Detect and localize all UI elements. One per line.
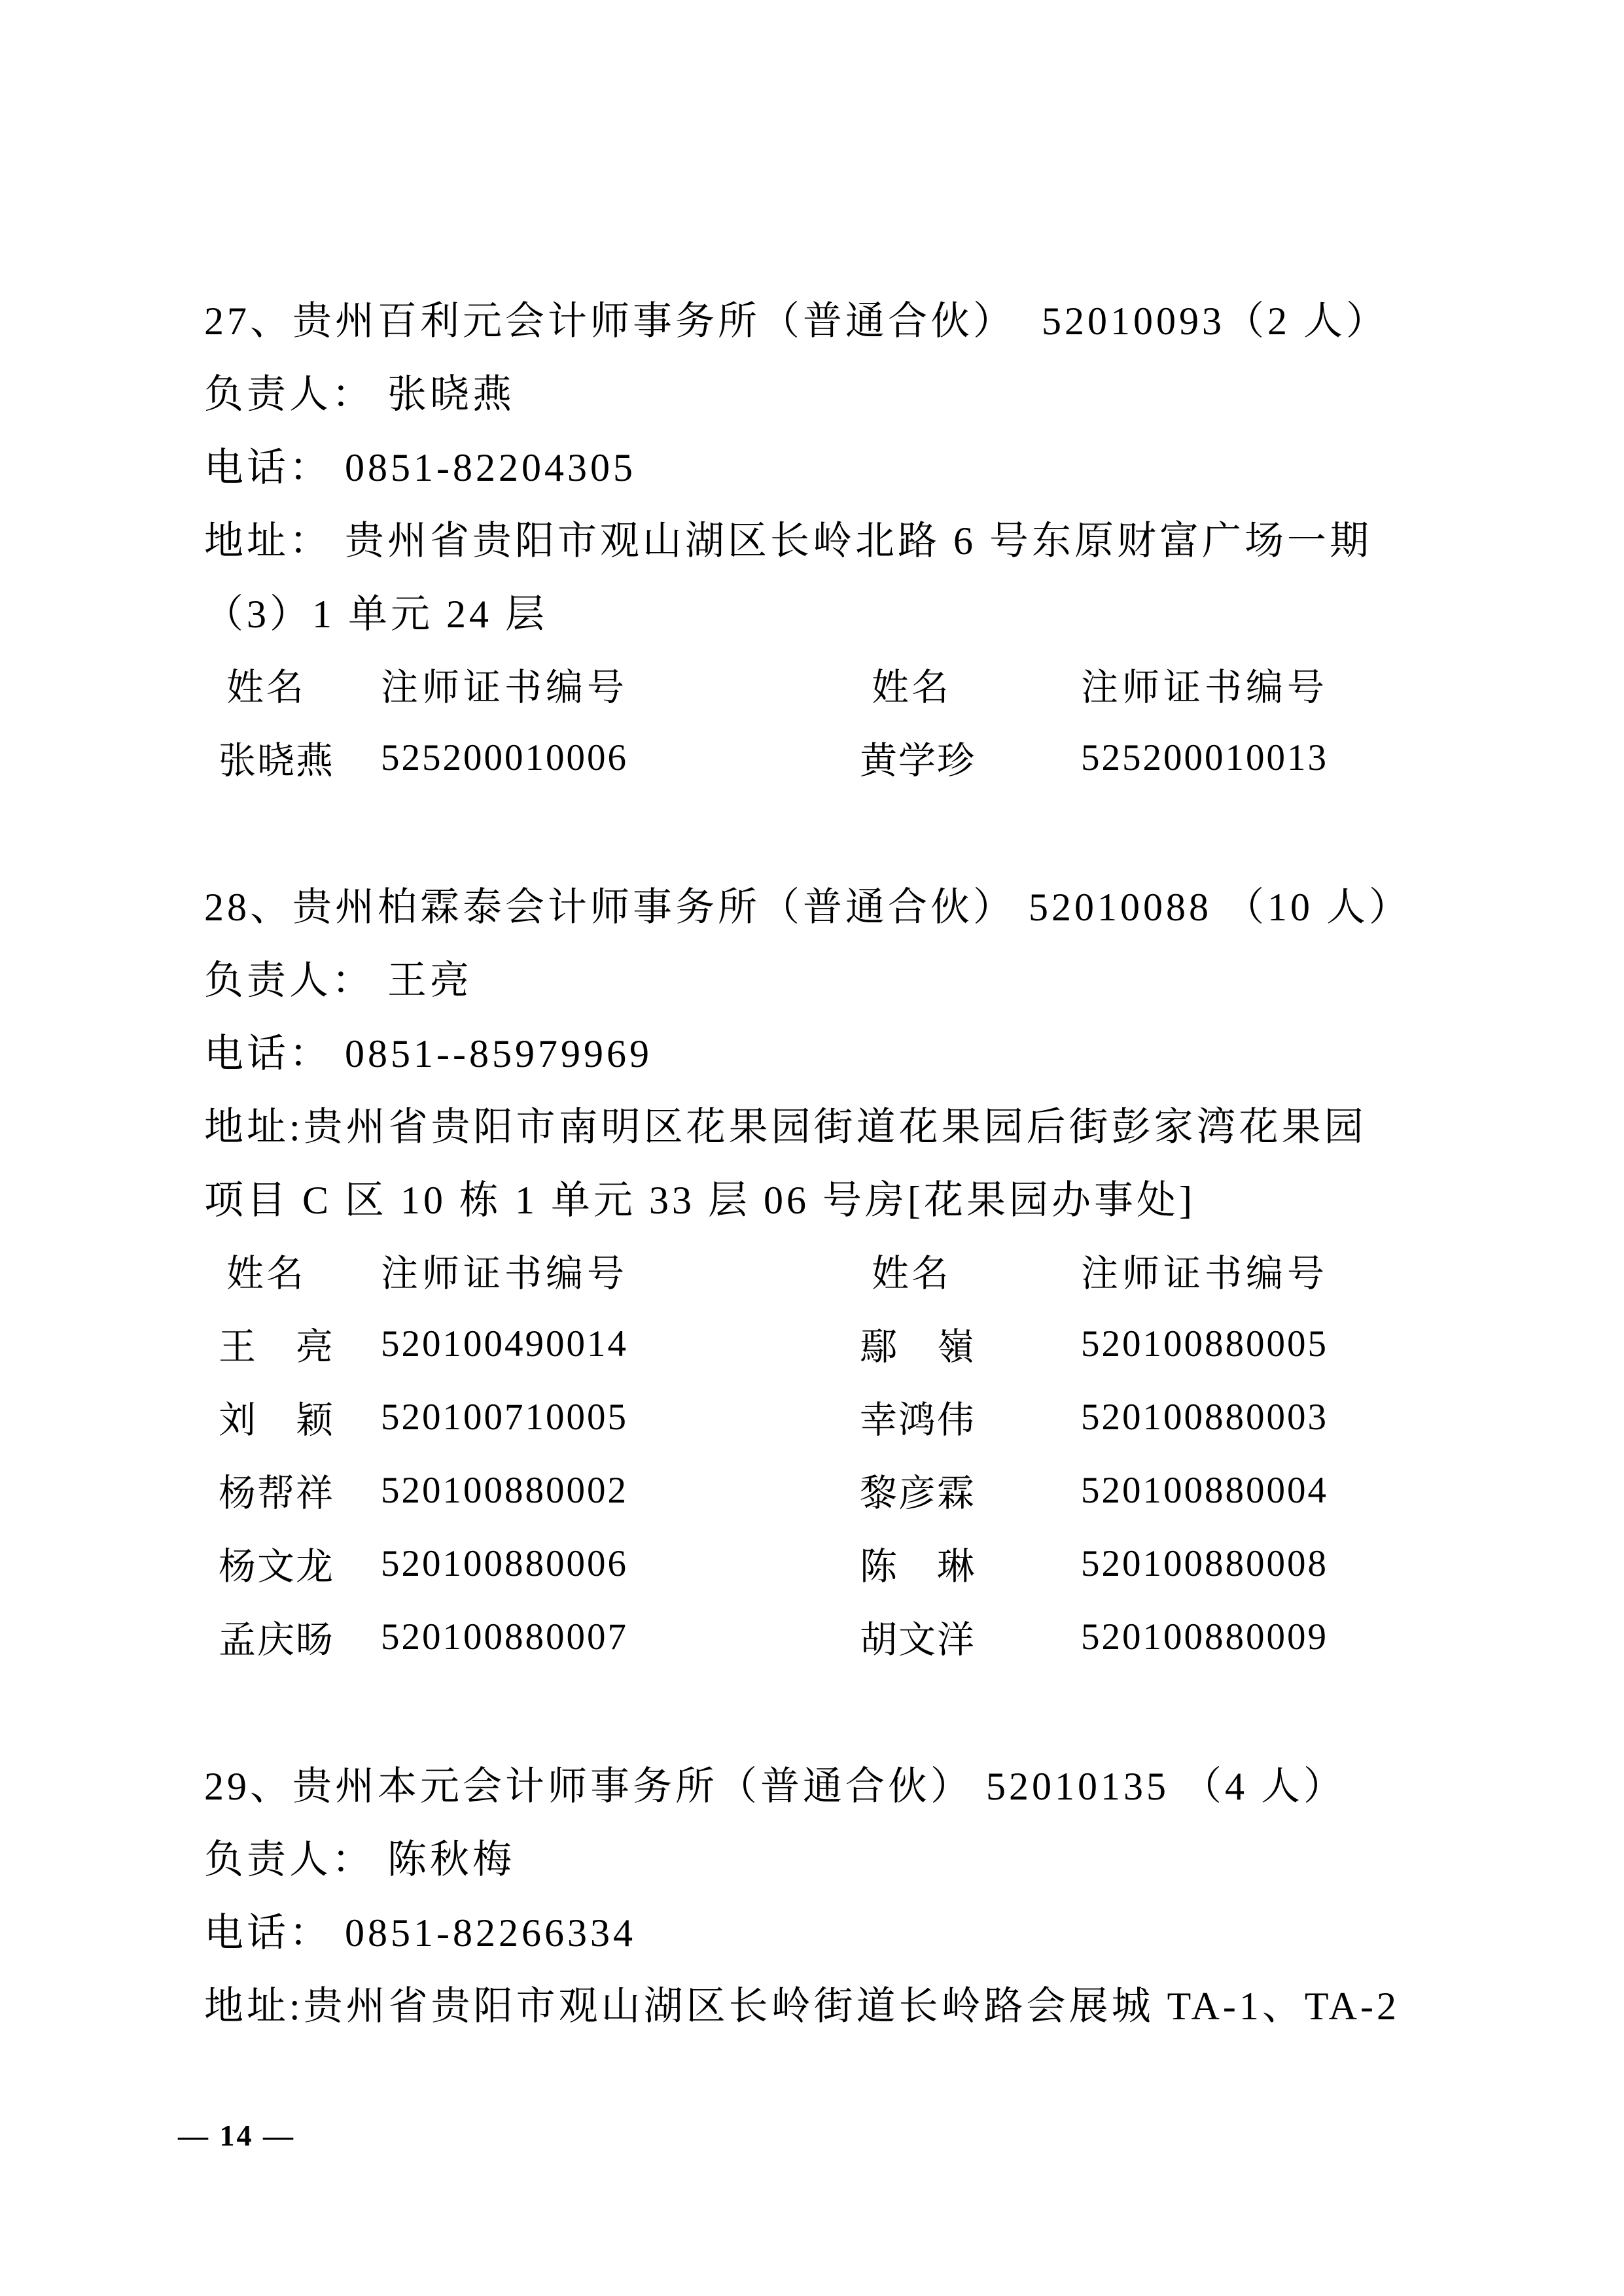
firm-28-roster-header: 姓名 注师证书编号 姓名 注师证书编号 <box>204 1234 1434 1307</box>
member-cert-no: 520100880003 <box>1081 1396 1434 1438</box>
document-page: 27、贵州百利元会计师事务所（普通合伙） 52010093（2 人） 负责人： … <box>0 0 1624 2296</box>
col-header-cert-left: 注师证书编号 <box>381 1244 858 1297</box>
member-cert-no: 520100880008 <box>1081 1542 1434 1585</box>
member-name: 刘 颖 <box>204 1390 381 1444</box>
col-header-name-right: 姓名 <box>858 657 1081 711</box>
member-cert-no: 520100880006 <box>381 1542 858 1585</box>
firm-27-phone: 电话： 0851-82204305 <box>204 428 1434 501</box>
member-cert-no: 520100880007 <box>381 1616 858 1658</box>
page-content: 27、贵州百利元会计师事务所（普通合伙） 52010093（2 人） 负责人： … <box>204 281 1434 2040</box>
member-name: 杨帮祥 <box>204 1463 381 1517</box>
firm-27-leader: 负责人： 张晓燕 <box>204 355 1434 428</box>
member-cert-no: 520100880004 <box>1081 1469 1434 1512</box>
firm-28-heading: 28、贵州柏霖泰会计师事务所（普通合伙） 52010088 （10 人） <box>204 867 1434 941</box>
firm-28-roster-row: 刘 颖 520100710005 幸鸿伟 520100880003 <box>204 1380 1434 1453</box>
member-name: 鄢 嶺 <box>858 1317 1081 1370</box>
section-gap <box>204 794 1434 867</box>
member-name: 胡文洋 <box>858 1610 1081 1663</box>
firm-28-roster-row: 杨文龙 520100880006 陈 琳 520100880008 <box>204 1527 1434 1600</box>
col-header-cert-left: 注师证书编号 <box>381 657 858 711</box>
member-name: 张晓燕 <box>204 731 381 784</box>
col-header-name-right: 姓名 <box>858 1244 1081 1297</box>
firm-29-address-line-1: 地址:贵州省贵阳市观山湖区长岭街道长岭路会展城 TA-1、TA-2 <box>204 1966 1434 2040</box>
member-name: 王 亮 <box>204 1317 381 1370</box>
member-cert-no: 520100880005 <box>1081 1323 1434 1365</box>
member-name: 黎彦霖 <box>858 1463 1081 1517</box>
firm-29-heading: 29、贵州本元会计师事务所（普通合伙） 52010135 （4 人） <box>204 1747 1434 1820</box>
member-name: 杨文龙 <box>204 1537 381 1590</box>
section-gap <box>204 1673 1434 1747</box>
firm-27-heading: 27、贵州百利元会计师事务所（普通合伙） 52010093（2 人） <box>204 281 1434 355</box>
member-name: 幸鸿伟 <box>858 1390 1081 1444</box>
firm-28-phone: 电话： 0851--85979969 <box>204 1014 1434 1087</box>
firm-28-leader: 负责人： 王亮 <box>204 941 1434 1014</box>
firm-28-address-line-1: 地址:贵州省贵阳市南明区花果园街道花果园后街彭家湾花果园 <box>204 1087 1434 1160</box>
member-name: 孟庆旸 <box>204 1610 381 1663</box>
firm-29-leader: 负责人： 陈秋梅 <box>204 1820 1434 1893</box>
member-cert-no: 520100880009 <box>1081 1616 1434 1658</box>
firm-28-roster-row: 王 亮 520100490014 鄢 嶺 520100880005 <box>204 1307 1434 1380</box>
member-cert-no: 520100880002 <box>381 1469 858 1512</box>
firm-28-roster-row: 孟庆旸 520100880007 胡文洋 520100880009 <box>204 1600 1434 1673</box>
col-header-cert-right: 注师证书编号 <box>1081 1244 1434 1297</box>
member-name: 陈 琳 <box>858 1537 1081 1590</box>
member-cert-no: 525200010006 <box>381 737 858 779</box>
col-header-name-left: 姓名 <box>204 657 381 711</box>
firm-28-address-line-2: 项目 C 区 10 栋 1 单元 33 层 06 号房[花果园办事处] <box>204 1160 1434 1234</box>
page-number: — 14 — <box>178 2118 295 2153</box>
col-header-name-left: 姓名 <box>204 1244 381 1297</box>
member-cert-no: 520100490014 <box>381 1323 858 1365</box>
firm-28-roster-row: 杨帮祥 520100880002 黎彦霖 520100880004 <box>204 1453 1434 1527</box>
member-name: 黄学珍 <box>858 731 1081 784</box>
firm-27-address-line-1: 地址： 贵州省贵阳市观山湖区长岭北路 6 号东原财富广场一期 <box>204 501 1434 574</box>
col-header-cert-right: 注师证书编号 <box>1081 657 1434 711</box>
firm-27-roster-header: 姓名 注师证书编号 姓名 注师证书编号 <box>204 648 1434 721</box>
firm-27-roster-row: 张晓燕 525200010006 黄学珍 525200010013 <box>204 721 1434 794</box>
member-cert-no: 520100710005 <box>381 1396 858 1438</box>
member-cert-no: 525200010013 <box>1081 737 1434 779</box>
firm-27-address-line-2: （3）1 单元 24 层 <box>204 574 1434 648</box>
firm-29-phone: 电话： 0851-82266334 <box>204 1893 1434 1966</box>
